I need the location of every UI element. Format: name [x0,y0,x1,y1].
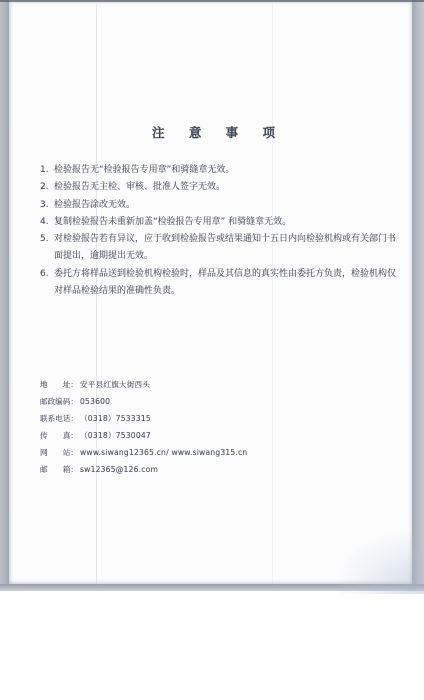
contact-value: sw12365@126.com [80,465,158,474]
note-item-3: 3. 检验报告涂改无效。 [40,197,396,214]
scanned-document: 注 意 事 项 1. 检验报告无“检验报告专用章”和骑缝章无效。 2. 检验报告… [0,0,424,700]
note-text: 检验报告无主检、审核、批准人签字无效。 [54,182,225,192]
contact-info: 地 址：安平县红旗大街西头 邮政编码：053600 联系电话：（0318）753… [40,376,380,478]
note-text: 委托方将样品送到检验机构检验时，样品及其信息的真实性由委托方负责，检验机构仅对样… [54,269,396,296]
note-item-2: 2. 检验报告无主检、审核、批准人签字无效。 [40,179,396,196]
page-title: 注 意 事 项 [9,123,412,141]
contact-row-postcode: 邮政编码：053600 [40,393,380,410]
contact-label: 邮 箱： [40,461,78,478]
paper-sheet: 注 意 事 项 1. 检验报告无“检验报告专用章”和骑缝章无效。 2. 检验报告… [9,2,412,584]
note-number: 1. [40,162,49,179]
contact-value: （0318）7533315 [80,414,151,423]
contact-label: 传 真： [40,427,78,444]
contact-value: 安平县红旗大街西头 [80,380,150,389]
note-item-5: 5. 对检验报告若有异议，应于收到检验报告或结果通知十五日内向检验机构或有关部门… [40,231,396,266]
contact-label: 网 站： [40,444,78,461]
contact-value: 053600 [80,397,110,406]
note-number: 4. [40,214,49,231]
note-item-6: 6. 委托方将样品送到检验机构检验时，样品及其信息的真实性由委托方负责，检验机构… [40,266,396,301]
note-text: 检验报告无“检验报告专用章”和骑缝章无效。 [54,165,234,175]
contact-value: www.siwang12365.cn/ www.siwang315.cn [80,448,247,457]
contact-row-fax: 传 真：（0318）7530047 [40,427,380,444]
contact-label: 地 址： [40,376,78,393]
contact-label: 邮政编码： [40,393,78,410]
note-item-1: 1. 检验报告无“检验报告专用章”和骑缝章无效。 [40,162,396,179]
notes-list: 1. 检验报告无“检验报告专用章”和骑缝章无效。 2. 检验报告无主检、审核、批… [40,162,396,300]
note-number: 5. [40,231,49,248]
scanner-bed-left-edge [0,0,9,591]
note-text: 对检验报告若有异议，应于收到检验报告或结果通知十五日内向检验机构或有关部门书面提… [54,234,396,261]
contact-row-address: 地 址：安平县红旗大街西头 [40,376,380,393]
contact-value: （0318）7530047 [80,431,151,440]
contact-row-phone: 联系电话：（0318）7533315 [40,410,380,427]
note-number: 2. [40,179,49,196]
note-text: 复制检验报告未重新加盖“检验报告专用章” 和骑缝章无效。 [54,217,291,227]
scanner-bed-right-edge [412,0,424,591]
contact-row-website: 网 站：www.siwang12365.cn/ www.siwang315.cn [40,444,380,461]
note-number: 6. [40,266,49,283]
note-number: 3. [40,197,49,214]
note-text: 检验报告涂改无效。 [54,200,135,210]
contact-label: 联系电话： [40,410,78,427]
contact-row-email: 邮 箱：sw12365@126.com [40,461,380,478]
note-item-4: 4. 复制检验报告未重新加盖“检验报告专用章” 和骑缝章无效。 [40,214,396,231]
corner-shadow [339,532,424,594]
